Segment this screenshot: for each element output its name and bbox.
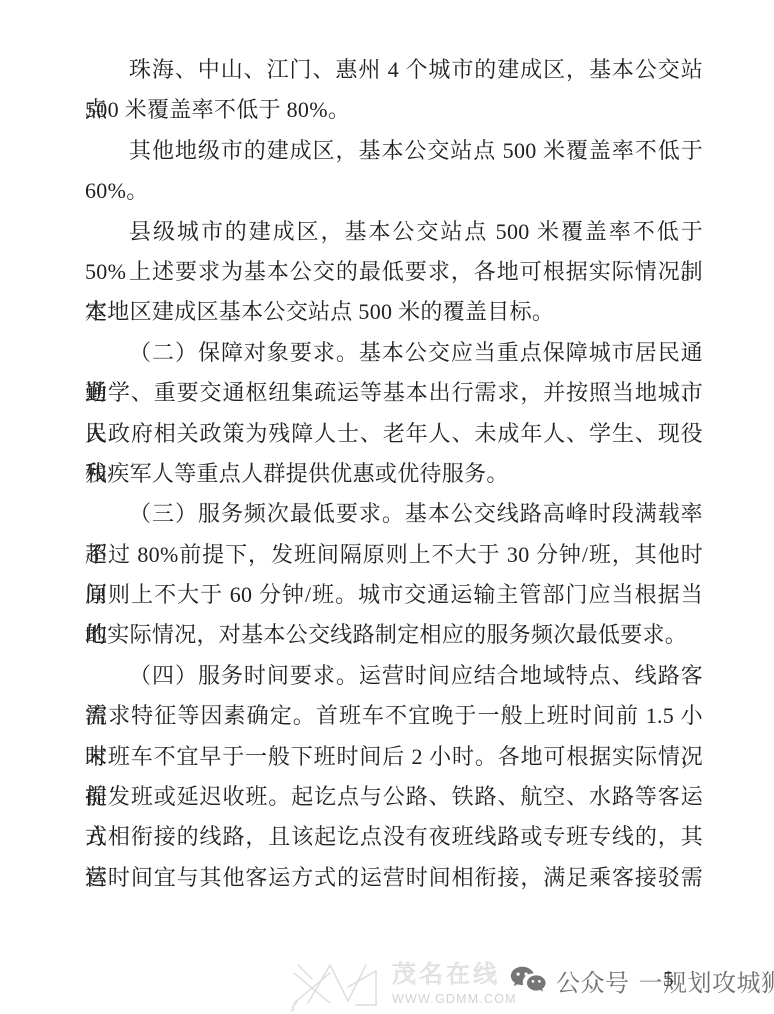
- text-line: 前发班或延迟收班。起讫点与公路、铁路、航空、水路等客运方: [85, 777, 703, 817]
- document-body: 珠海、中山、江门、惠州 4 个城市的建成区，基本公交站点 500 米覆盖率不低于…: [85, 50, 703, 898]
- paragraph: 珠海、中山、江门、惠州 4 个城市的建成区，基本公交站点 500 米覆盖率不低于…: [85, 50, 703, 131]
- text-line: 超过 80%前提下，发班间隔原则上不大于 30 分钟/班，其他时间: [85, 535, 703, 575]
- paragraph: （四）服务时间要求。运营时间应结合地域特点、线路客流 需求特征等因素确定。首班车…: [85, 656, 703, 898]
- text-line: （三）服务频次最低要求。基本公交线路高峰时段满载率不: [85, 494, 703, 534]
- text-line: 原则上不大于 60 分钟/班。城市交通运输主管部门应当根据当地: [85, 575, 703, 615]
- paragraph: （二）保障对象要求。基本公交应当重点保障城市居民通勤、 通学、重要交通枢纽集疏运…: [85, 333, 703, 495]
- paragraph: 上述要求为基本公交的最低要求，各地可根据实际情况制定 本地区建成区基本公交站点 …: [85, 252, 703, 333]
- text-line: 珠海、中山、江门、惠州 4 个城市的建成区，基本公交站点: [85, 50, 703, 90]
- document-page: 珠海、中山、江门、惠州 4 个城市的建成区，基本公交站点 500 米覆盖率不低于…: [0, 0, 774, 1014]
- wechat-icon: [509, 965, 547, 996]
- text-line: （四）服务时间要求。运营时间应结合地域特点、线路客流: [85, 656, 703, 696]
- watermark-site: 茂名在线 WWW.GDMM.COM: [392, 960, 512, 1006]
- text-line: 营时间宜与其他客运方式的运营时间相衔接，满足乘客接驳需: [85, 858, 703, 898]
- paragraph: 其他地级市的建成区，基本公交站点 500 米覆盖率不低于 60%。: [85, 131, 703, 212]
- wechat-watermark: 公众号 一规划攻城狮: [509, 963, 774, 998]
- text-line: 需求特征等因素确定。首班车不宜晚于一般上班时间前 1.5 小时，: [85, 696, 703, 736]
- text-line: 其他地级市的建成区，基本公交站点 500 米覆盖率不低于: [85, 131, 703, 171]
- text-line: 残疾军人等重点人群提供优惠或优待服务。: [85, 454, 703, 494]
- text-line: 本地区建成区基本公交站点 500 米的覆盖目标。: [85, 292, 703, 332]
- text-line: 民政府相关政策为残障人士、老年人、未成年人、学生、现役和: [85, 414, 703, 454]
- text-line: 县级城市的建成区，基本公交站点 500 米覆盖率不低于 50%。: [85, 212, 703, 252]
- paragraph: 县级城市的建成区，基本公交站点 500 米覆盖率不低于 50%。: [85, 212, 703, 252]
- wechat-label: 公众号: [556, 963, 630, 998]
- paragraph: （三）服务频次最低要求。基本公交线路高峰时段满载率不 超过 80%前提下，发班间…: [85, 494, 703, 656]
- watermark-logo-icon: [288, 956, 390, 1012]
- watermark-site-name: 茂名在线: [392, 960, 512, 990]
- watermark-site-url: WWW.GDMM.COM: [392, 992, 512, 1006]
- text-line: 末班车不宜早于一般下班时间后 2 小时。各地可根据实际情况提: [85, 737, 703, 777]
- text-line: 60%。: [85, 171, 703, 211]
- text-line: 500 米覆盖率不低于 80%。: [85, 90, 703, 130]
- text-line: （二）保障对象要求。基本公交应当重点保障城市居民通勤、: [85, 333, 703, 373]
- text-line: 上述要求为基本公交的最低要求，各地可根据实际情况制定: [85, 252, 703, 292]
- text-line: 的实际情况，对基本公交线路制定相应的服务频次最低要求。: [85, 615, 703, 655]
- page-number: 5: [663, 967, 674, 992]
- text-line: 式相衔接的线路，且该起讫点没有夜班线路或专班专线的，其运: [85, 817, 703, 857]
- text-line: 通学、重要交通枢纽集疏运等基本出行需求，并按照当地城市人: [85, 373, 703, 413]
- wechat-account-name: 一规划攻城狮: [639, 963, 774, 998]
